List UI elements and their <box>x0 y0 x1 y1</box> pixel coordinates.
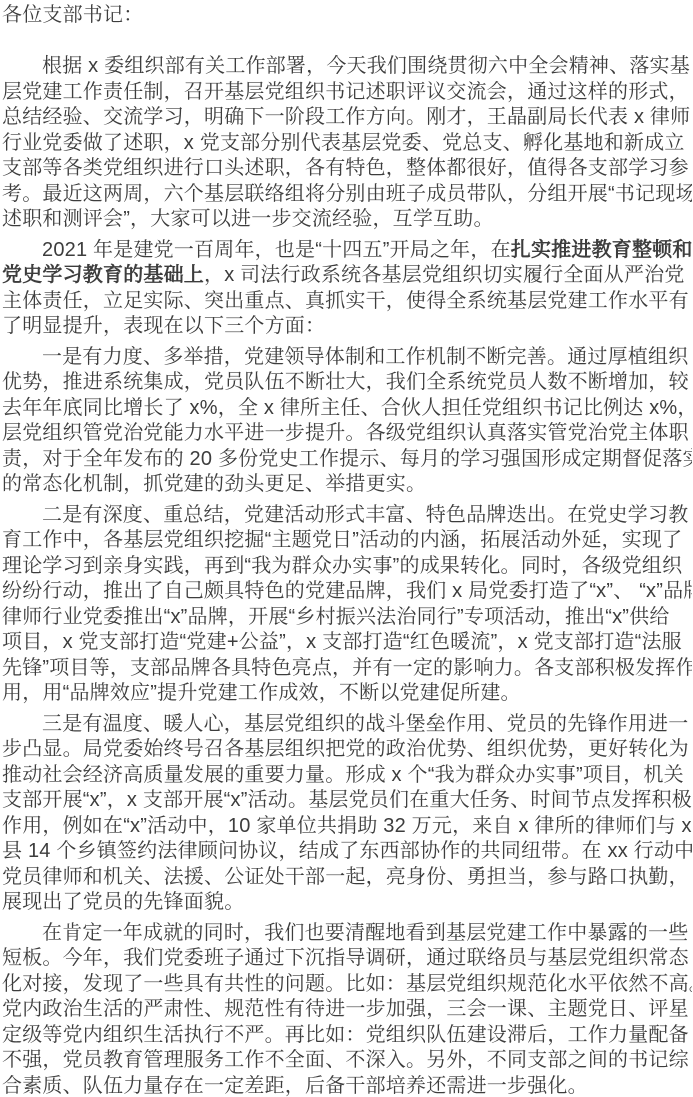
text-line: 项目，x 党支部打造“党建+公益”，x 支部打造“红色暖流”，x 党支部打造“法… <box>2 630 692 656</box>
text-line: 去年年底同比增长了 x%，全 x 律所主任、合伙人担任党组织书记比例达 x%，基 <box>2 396 692 422</box>
text-line: 化对接，发现了一些具有共性的问题。比如：基层党组织规范化水平依然不高。 <box>2 972 692 998</box>
text-run: 层党建工作责任制，召开基层党组织书记述职评议交流会，通过这样的形式， <box>2 81 689 103</box>
document-body: 根据 x 委组织部有关工作部署，今天我们围绕贯彻六中全会精神、落实基层党建工作责… <box>2 54 692 1097</box>
text-line: 党内政治生活的严肃性、规范性有待进一步加强，三会一课、主题党日、评星 <box>2 997 692 1023</box>
text-line: 作用，例如在“x”活动中，10 家单位共捐助 32 万元，来自 x 律所的律师们… <box>2 814 692 840</box>
text-run: 项目，x 党支部打造“党建+公益”，x 支部打造“红色暖流”，x 党支部打造“法… <box>2 631 682 653</box>
text-run: 理论学习到亲身实践，再到“我为群众办实事”的成果转化。同时，各级党组织 <box>2 555 682 577</box>
text-run: 的常态化机制，抓党建的劲头更足、举措更实。 <box>2 473 426 495</box>
text-run: 支部等各类党组织进行口头述职，各有特色，整体都很好，值得各支部学习参 <box>2 157 689 179</box>
text-line: 二是有深度、重总结，党建活动形式丰富、特色品牌迭出。在党史学习教 <box>2 503 692 529</box>
text-run: 推动社会经济高质量发展的重要力量。形成 x 个“我为群众办实事”项目，机关 <box>2 764 684 786</box>
text-run: 合素质、队伍力量存在一定差距，后备干部培养还需进一步强化。 <box>2 1075 588 1097</box>
text-line: 层党建工作责任制，召开基层党组织书记述职评议交流会，通过这样的形式， <box>2 80 692 106</box>
text-run: 根据 x 委组织部有关工作部署，今天我们围绕贯彻六中全会精神、落实基 <box>42 55 690 77</box>
text-run: 2021 年是建党一百周年，也是“十四五”开局之年，在 <box>42 239 511 261</box>
text-run: 优势，推进系统集成，党员队伍不断壮大，我们全系统党员人数不断增加，较 <box>2 371 689 393</box>
text-run: 党员律师和机关、法援、公证处干部一起，亮身份、勇担当，参与路口执勤， <box>2 866 689 888</box>
text-line: 纷纷行动，推出了自己颇具特色的党建品牌，我们 x 局党委打造了“x”、 “x”品… <box>2 579 692 605</box>
text-line: 的常态化机制，抓党建的劲头更足、举措更实。 <box>2 472 692 498</box>
text-run: 层党组织管党治党能力水平进一步提升。各级党组织认真落实管党治党主体职 <box>2 422 689 444</box>
text-line: 2021 年是建党一百周年，也是“十四五”开局之年，在扎实推进教育整顿和 <box>2 238 692 264</box>
text-line: 支部开展“x”，x 支部开展“x”活动。基层党员们在重大任务、时间节点发挥积极 <box>2 788 692 814</box>
text-run: 党内政治生活的严肃性、规范性有待进一步加强，三会一课、主题党日、评星 <box>2 998 689 1020</box>
text-line: 步凸显。局党委始终号召各基层组织把党的政治优势、组织优势，更好转化为 <box>2 737 692 763</box>
bold-text-run: 党史学习教育的基础上 <box>2 264 204 286</box>
text-line: 律师行业党委推出“x”品牌，开展“乡村振兴法治同行”专项活动，推出“x”供给 <box>2 605 692 631</box>
text-run: ，x 司法行政系统各基层党组织切实履行全面从严治党 <box>204 264 685 286</box>
bold-text-run: 扎实推进教育整顿和 <box>511 239 692 261</box>
paragraph: 根据 x 委组织部有关工作部署，今天我们围绕贯彻六中全会精神、落实基层党建工作责… <box>2 54 692 233</box>
text-run: 总结经验、交流学习，明确下一阶段工作方向。刚才，王晶副局长代表 x 律师 <box>2 106 690 128</box>
text-line: 优势，推进系统集成，党员队伍不断壮大，我们全系统党员人数不断增加，较 <box>2 370 692 396</box>
text-run: 主体责任，立足实际、突出重点、真抓实干，使得全系统基层党建工作水平有 <box>2 290 689 312</box>
text-run: 责，对于全年发布的 20 多份党史工作提示、每月的学习强国形成定期督促落实 <box>2 448 692 470</box>
salutation-line: 各位支部书记： <box>2 3 692 29</box>
text-line: 理论学习到亲身实践，再到“我为群众办实事”的成果转化。同时，各级党组织 <box>2 554 692 580</box>
text-line: 用，用“品牌效应”提升党建工作成效，不断以党建促所建。 <box>2 681 692 707</box>
text-line: 短板。今年，我们党委班子通过下沉指导调研，通过联络员与基层党组织常态 <box>2 946 692 972</box>
text-line: 县 14 个乡镇签约法律顾问协议，结成了东西部协作的共同纽带。在 xx 行动中， <box>2 839 692 865</box>
text-line: 支部等各类党组织进行口头述职，各有特色，整体都很好，值得各支部学习参 <box>2 156 692 182</box>
text-run: 述职和测评会”，大家可以进一步交流经验，互学互助。 <box>2 208 494 230</box>
text-line: 一是有力度、多举措，党建领导体制和工作机制不断完善。通过厚植组织 <box>2 345 692 371</box>
text-run: 作用，例如在“x”活动中，10 家单位共捐助 32 万元，来自 x 律所的律师们… <box>2 815 692 837</box>
text-run: 定级等党内组织生活执行不严。再比如：党组织队伍建设滞后，工作力量配备 <box>2 1024 689 1046</box>
text-run: 去年年底同比增长了 x%，全 x 律所主任、合伙人担任党组织书记比例达 x%，基 <box>2 397 692 419</box>
text-run: 三是有温度、暖人心，基层党组织的战斗堡垒作用、党员的先锋作用进一 <box>42 713 688 735</box>
text-run: 考。最近这两周，六个基层联络组将分别由班子成员带队，分组开展“书记现场 <box>2 183 692 205</box>
text-line: 层党组织管党治党能力水平进一步提升。各级党组织认真落实管党治党主体职 <box>2 421 692 447</box>
text-run: 步凸显。局党委始终号召各基层组织把党的政治优势、组织优势，更好转化为 <box>2 738 689 760</box>
text-run: 二是有深度、重总结，党建活动形式丰富、特色品牌迭出。在党史学习教 <box>42 504 688 526</box>
text-line: 合素质、队伍力量存在一定差距，后备干部培养还需进一步强化。 <box>2 1074 692 1097</box>
text-line: 不强，党员教育管理服务工作不全面、不深入。另外，不同支部之间的书记综 <box>2 1048 692 1074</box>
paragraph: 三是有温度、暖人心，基层党组织的战斗堡垒作用、党员的先锋作用进一步凸显。局党委始… <box>2 712 692 916</box>
text-run: 纷纷行动，推出了自己颇具特色的党建品牌，我们 x 局党委打造了“x”、 “x”品… <box>2 580 692 602</box>
text-run: 先锋”项目等，支部品牌各具特色亮点，并有一定的影响力。各支部积极发挥作 <box>2 657 692 679</box>
text-line: 党员律师和机关、法援、公证处干部一起，亮身份、勇担当，参与路口执勤， <box>2 865 692 891</box>
text-line: 展现出了党员的先锋面貌。 <box>2 890 692 916</box>
text-line: 行业党委做了述职，x 党支部分别代表基层党委、党总支、孵化基地和新成立 <box>2 131 692 157</box>
text-run: 化对接，发现了一些具有共性的问题。比如：基层党组织规范化水平依然不高。 <box>2 973 692 995</box>
text-line: 推动社会经济高质量发展的重要力量。形成 x 个“我为群众办实事”项目，机关 <box>2 763 692 789</box>
text-line: 总结经验、交流学习，明确下一阶段工作方向。刚才，王晶副局长代表 x 律师 <box>2 105 692 131</box>
paragraph: 2021 年是建党一百周年，也是“十四五”开局之年，在扎实推进教育整顿和党史学习… <box>2 238 692 340</box>
text-run: 了明显提升，表现在以下三个方面： <box>2 315 325 337</box>
text-run: 不强，党员教育管理服务工作不全面、不深入。另外，不同支部之间的书记综 <box>2 1049 689 1071</box>
text-run: 展现出了党员的先锋面貌。 <box>2 891 244 913</box>
text-run: 律师行业党委推出“x”品牌，开展“乡村振兴法治同行”专项活动，推出“x”供给 <box>2 606 670 628</box>
text-line: 根据 x 委组织部有关工作部署，今天我们围绕贯彻六中全会精神、落实基 <box>2 54 692 80</box>
text-line: 党史学习教育的基础上，x 司法行政系统各基层党组织切实履行全面从严治党 <box>2 263 692 289</box>
text-run: 在肯定一年成就的同时，我们也要清醒地看到基层党建工作中暴露的一些 <box>42 922 688 944</box>
paragraph: 二是有深度、重总结，党建活动形式丰富、特色品牌迭出。在党史学习教育工作中，各基层… <box>2 503 692 707</box>
document-page: 各位支部书记： 根据 x 委组织部有关工作部署，今天我们围绕贯彻六中全会精神、落… <box>0 0 693 1097</box>
text-line: 述职和测评会”，大家可以进一步交流经验，互学互助。 <box>2 207 692 233</box>
text-run: 县 14 个乡镇签约法律顾问协议，结成了东西部协作的共同纽带。在 xx 行动中， <box>2 840 692 862</box>
text-line: 在肯定一年成就的同时，我们也要清醒地看到基层党建工作中暴露的一些 <box>2 921 692 947</box>
text-line: 了明显提升，表现在以下三个方面： <box>2 314 692 340</box>
text-run: 用，用“品牌效应”提升党建工作成效，不断以党建促所建。 <box>2 682 521 704</box>
paragraph: 一是有力度、多举措，党建领导体制和工作机制不断完善。通过厚植组织优势，推进系统集… <box>2 345 692 498</box>
text-run: 短板。今年，我们党委班子通过下沉指导调研，通过联络员与基层党组织常态 <box>2 947 689 969</box>
text-run: 支部开展“x”，x 支部开展“x”活动。基层党员们在重大任务、时间节点发挥积极 <box>2 789 692 811</box>
text-line: 三是有温度、暖人心，基层党组织的战斗堡垒作用、党员的先锋作用进一 <box>2 712 692 738</box>
text-line: 考。最近这两周，六个基层联络组将分别由班子成员带队，分组开展“书记现场 <box>2 182 692 208</box>
paragraph: 在肯定一年成就的同时，我们也要清醒地看到基层党建工作中暴露的一些短板。今年，我们… <box>2 921 692 1097</box>
text-run: 育工作中，各基层党组织挖掘“主题党日”活动的内涵，拓展活动外延，实现了 <box>2 529 682 551</box>
blank-line <box>2 29 692 55</box>
text-run: 一是有力度、多举措，党建领导体制和工作机制不断完善。通过厚植组织 <box>42 346 688 368</box>
text-run: 行业党委做了述职，x 党支部分别代表基层党委、党总支、孵化基地和新成立 <box>2 132 685 154</box>
text-line: 育工作中，各基层党组织挖掘“主题党日”活动的内涵，拓展活动外延，实现了 <box>2 528 692 554</box>
text-line: 先锋”项目等，支部品牌各具特色亮点，并有一定的影响力。各支部积极发挥作 <box>2 656 692 682</box>
text-line: 定级等党内组织生活执行不严。再比如：党组织队伍建设滞后，工作力量配备 <box>2 1023 692 1049</box>
text-line: 主体责任，立足实际、突出重点、真抓实干，使得全系统基层党建工作水平有 <box>2 289 692 315</box>
text-line: 责，对于全年发布的 20 多份党史工作提示、每月的学习强国形成定期督促落实 <box>2 447 692 473</box>
